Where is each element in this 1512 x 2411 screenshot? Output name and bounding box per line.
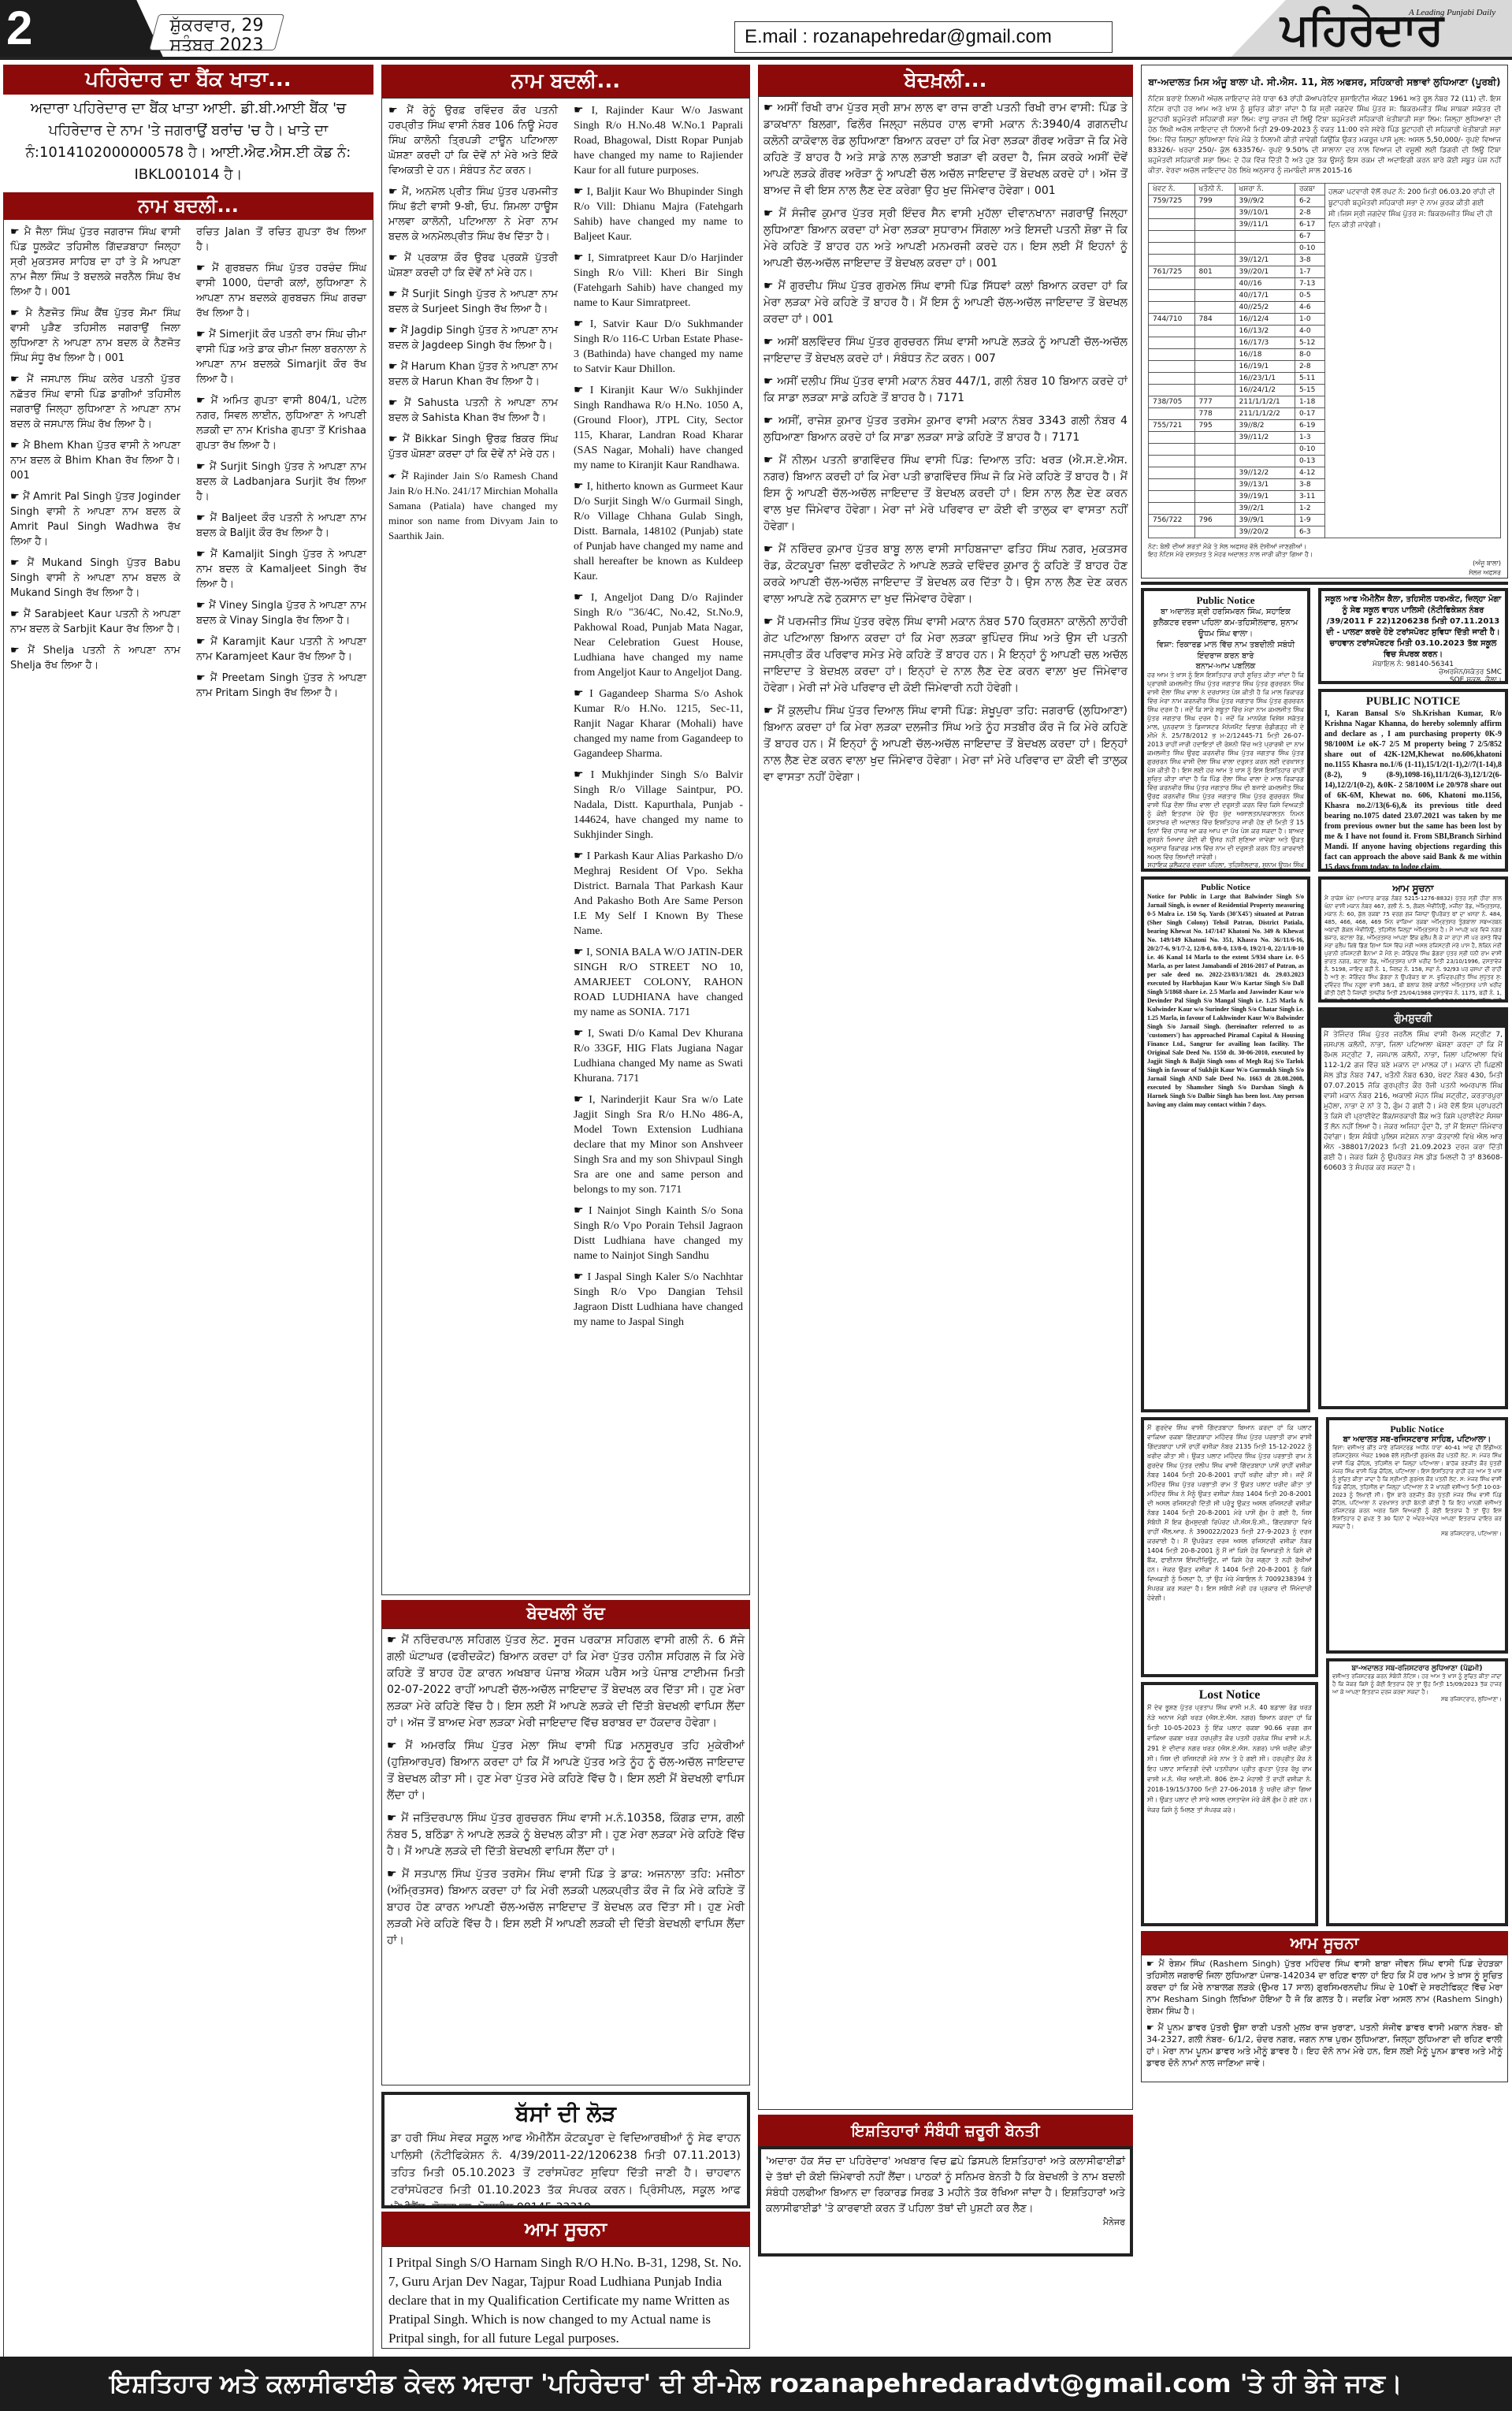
table-row: 759/72579939//9/26-2: [1149, 195, 1325, 207]
table-cell: [1149, 491, 1195, 503]
table-cell: 16//18: [1235, 349, 1295, 361]
contact-email[interactable]: E.mail : rozanapehredar@gmail.com: [734, 21, 1113, 53]
table-cell: 6-19: [1295, 420, 1324, 432]
table-cell: 39//9/1: [1235, 515, 1295, 526]
table-cell: 8-0: [1295, 349, 1324, 361]
table-row: 16//13/24-0: [1149, 326, 1325, 337]
list-item: ਅਸੀਂ ਰਿਖੀ ਰਾਮ ਪੁੱਤਰ ਸ੍ਰੀ ਸ਼ਾਮ ਲਾਲ ਵਾ ਰਾਜ…: [759, 97, 1132, 203]
table-cell: [1194, 456, 1235, 467]
table-cell: 1-3: [1295, 432, 1324, 444]
list-item: ਮੈਂ ਜਸਪਾਲ ਸਿੰਘ ਕਲੇਰ ਪਤਨੀ ਪੁੱਤਰ ਨਛੱਤਰ ਸਿੰ…: [6, 369, 185, 435]
public-notice-karan: PUBLIC NOTICE I, Karan Bansal S/o Sh.Kri…: [1318, 689, 1508, 872]
table-cell: 16//12/4: [1235, 314, 1295, 326]
table-cell: [1194, 361, 1235, 373]
list-item: ਮੈਂ Mukand Singh ਪੁੱਤਰ Babu Singh ਵਾਸੀ ਨ…: [6, 553, 185, 604]
bank-account-body: ਅਦਾਰਾ ਪਹਿਰੇਦਾਰ ਦਾ ਬੈਂਕ ਖਾਤਾ ਆਈ. ਡੀ.ਬੀ.ਆਈ…: [3, 95, 373, 192]
lost-notice-title: Lost Notice: [1147, 1688, 1312, 1702]
table-cell: [1194, 255, 1235, 266]
list-item: ਮੈਂ Rajinder Jain S/o Ramesh Chand Jain …: [384, 465, 563, 546]
land-table-body: 759/72579939//9/26-239//10/12-839//11/16…: [1149, 195, 1325, 538]
table-cell: [1194, 349, 1235, 361]
table-cell: [1194, 444, 1235, 456]
gumshudgi-title: ਗੁੰਮਸ਼ੁਦਗੀ: [1321, 1010, 1505, 1028]
public-notice-body: ਹਰ ਆਮ ਤੇ ਖਾਸ ਨੂੰ ਇਸ ਇਸ਼ਤਿਹਾਰ ਰਾਹੀ ਸੂਚਿਤ …: [1147, 671, 1304, 861]
table-header: ਖਸਰਾ ਨੰ.: [1235, 184, 1295, 195]
table-cell: [1235, 243, 1295, 255]
table-cell: 7-13: [1295, 278, 1324, 290]
table-cell: [1149, 231, 1195, 243]
auction-sign-name: (ਅੰਜੂ ਬਾਲਾ): [1148, 559, 1501, 568]
list-item: ਮੈਂ ਨਰਿੰਦਰਪਾਲ ਸਹਿਗਲ ਪੁੱਤਰ ਲੇਟ. ਸੂਰਜ ਪਰਕਾ…: [382, 1629, 749, 1735]
bus-need-ad: ਬੱਸਾਂ ਦੀ ਲੋੜ ਡਾ ਹਰੀ ਸਿੰਘ ਸੇਵਕ ਸਕੂਲ ਆਫ ਐਮ…: [381, 2092, 750, 2208]
public-notice-piramal: Public Notice Notice for Public in Large…: [1141, 876, 1310, 1412]
table-cell: [1149, 219, 1195, 231]
public-notice-subreg: Public Notice ਬਾ ਅਦਾਲਤ ਸਬ-ਰਜਿਸਟਰਾਰ ਸਾਹਿਬ…: [1326, 1417, 1508, 1654]
list-item: ਮੈਂ ਰੇਨੂੰ ਉਰਫ਼ ਰਵਿੰਦਰ ਕੌਰ ਪਤਨੀ ਹਰਪ੍ਰੀਤ ਸ…: [384, 100, 563, 181]
table-cell: [1149, 444, 1195, 456]
table-cell: 2-8: [1295, 207, 1324, 219]
table-row: 0-10: [1149, 444, 1325, 456]
list-item: ਮੈਂ ਜਤਿੰਦਰਪਾਲ ਸਿੰਘ ਪੁੱਤਰ ਗੁਰਚਰਨ ਸਿੰਘ ਵਾਸ…: [382, 1807, 749, 1863]
public-notice-subject: ਵਿਸ਼ਾ: ਰਿਕਾਰਡ ਮਾਲ ਵਿੱਚ ਨਾਮ ਤਬਦੀਲੀ ਸਬੰਧੀ …: [1147, 640, 1304, 662]
table-cell: [1149, 207, 1195, 219]
table-row: 40//25/24-6: [1149, 302, 1325, 314]
auction-court: ਬਾ-ਅਦਾਲਤ ਮਿਸ ਅੰਜੂ ਬਾਲਾ ਪੀ. ਸੀ.ਐਸ. 11, ਸੇ…: [1148, 76, 1501, 88]
column-left: ਪਹਿਰੇਦਾਰ ਦਾ ਬੈਂਕ ਖਾਤਾ... ਅਦਾਰਾ ਪਹਿਰੇਦਾਰ …: [3, 65, 373, 2391]
table-header: ਖਤੌਨੀ ਨੰ.: [1194, 184, 1235, 195]
aam-suchna-bottom-header: ਆਮ ਸੂਚਨਾ: [1141, 1931, 1508, 1955]
public-notice-title: Public Notice: [1147, 594, 1304, 607]
list-item: ਮੈਂ Sarabjeet Kaur ਪਤਨੀ ਨੇ ਆਪਣਾ ਨਾਮ ਬਦਲ …: [6, 604, 185, 640]
list-item: ਮੈਂ ਰੇਸ਼ਮ ਸਿੰਘ (Rashem Singh) ਪੁੱਤਰ ਮਹਿੰ…: [1142, 1955, 1507, 2019]
table-cell: 778: [1194, 408, 1235, 420]
table-cell: 756/722: [1149, 515, 1195, 526]
ad-request-sign: ਮੈਨੇਜਰ: [766, 2217, 1125, 2228]
table-row: 16//188-0: [1149, 349, 1325, 361]
right-ads-col-3: ਮੈਂ ਗੁਰਦੇਵ ਸਿੰਘ ਵਾਸੀ ਗਿੱਦੜਬਾਹਾ ਬਿਆਨ ਕਰਦਾ…: [1141, 1417, 1318, 1926]
table-row: 39//11/21-3: [1149, 432, 1325, 444]
school-transport-body: ਸਕੂਲ ਆਫ ਐਮੀਨੈਂਸ ਕੈਲਾ, ਤਹਿਸੀਲ ਧਰਮਕੋਟ, ਜ਼ਿ…: [1324, 594, 1502, 660]
table-cell: [1235, 444, 1295, 456]
page-number: 2: [0, 0, 118, 57]
lost-notice: Lost Notice ਮੈਂ ਦੇਵ ਭੂਸ਼ਣ ਪੁੱਤਰ ਪ੍ਰਤਾਪ ਸ…: [1141, 1682, 1318, 1926]
table-cell: 0-13: [1295, 456, 1324, 467]
right-ads-col-4: Public Notice ਬਾ ਅਦਾਲਤ ਸਬ-ਰਜਿਸਟਰਾਰ ਸਾਹਿਬ…: [1326, 1417, 1508, 1926]
public-notice-sign: ਸਹਾਇਕ ਕੁਲੈਕਟਰ ਦਰਜਾ ਪਹਿਲਾ, ਤਹਿਸੀਲਦਾਰ, ਸੁਨ…: [1147, 861, 1304, 872]
public-notice-tehsildar: Public Notice ਬਾ ਅਦਾਲਤ ਸ਼੍ਰੀ ਹਰਸਿਮਰਨ ਸਿੰ…: [1141, 588, 1310, 872]
table-cell: 3-8: [1295, 479, 1324, 491]
table-cell: 6-3: [1295, 526, 1324, 538]
table-cell: 39//9/2: [1235, 195, 1295, 207]
name-change-mid-col-b: I, Rajinder Kaur W/o Jaswant Singh R/o H…: [569, 100, 748, 1593]
auction-note-2: ਇਹ ਨੋਟਿਸ ਮੇਰੇ ਦਸਤਖਤ ਤੇ ਮੋਹਰ ਅਦਾਲਤ ਨਾਲ ਜਾ…: [1148, 551, 1501, 559]
table-cell: [1235, 456, 1295, 467]
right-ads-row-3: ਮੈਂ ਗੁਰਦੇਵ ਸਿੰਘ ਵਾਸੀ ਗਿੱਦੜਬਾਹਾ ਬਿਆਨ ਕਰਦਾ…: [1141, 1417, 1508, 1926]
table-cell: 39//19/1: [1235, 491, 1295, 503]
land-table: ਖੇਵਟ ਨੰ. ਖਤੌਨੀ ਨੰ. ਖਸਰਾ ਨੰ. ਰਕਬਾ 759/725…: [1148, 183, 1325, 538]
school-transport-mobile: ਮੋਬਾਇਲ ਨੰ: 98140-56341: [1324, 660, 1502, 668]
table-cell: 1-7: [1295, 266, 1324, 278]
table-row: 761/72580139//20/11-7: [1149, 266, 1325, 278]
table-cell: [1194, 337, 1235, 349]
table-cell: 6-7: [1295, 231, 1324, 243]
table-cell: [1149, 456, 1195, 467]
table-row: 39//19/13-11: [1149, 491, 1325, 503]
right-ads-col-2: ਆਮ ਸੂਚਨਾ ਮੈਂ ਰਾਕੇਸ਼ ਖੰਨਾ (ਆਧਾਰ ਕਾਰਡ ਨੰਬਰ…: [1318, 876, 1508, 1412]
name-change-list: ਮੈ ਜੈਲਾ ਸਿੰਘ ਪੁੱਤਰ ਜਗਰਾਜ ਸਿੰਘ ਵਾਸੀ ਪਿੰਡ …: [3, 219, 373, 2391]
list-item: ਮੈਂ ਅਮਿਤ ਗੁਪਤਾ ਵਾਸੀ 804/1, ਪਟੇਲ ਨਗਰ, ਸਿਵ…: [191, 390, 371, 456]
right-ads-row-1: Public Notice ਬਾ ਅਦਾਲਤ ਸ਼੍ਰੀ ਹਰਸਿਮਰਨ ਸਿੰ…: [1141, 588, 1508, 872]
list-item: ਮੈਂ ਨੀਲਮ ਪਤਨੀ ਭਾਗਵਿੰਦਰ ਸਿੰਘ ਵਾਸੀ ਪਿੰਡ: ਦ…: [759, 449, 1132, 538]
table-cell: 3-11: [1295, 491, 1324, 503]
public-notice-piramal-title: Public Notice: [1147, 883, 1304, 892]
aam-suchna-mid-body: I Pritpal Singh S/O Harnam Singh R/O H.N…: [381, 2246, 750, 2349]
table-row: 16//17/35-12: [1149, 337, 1325, 349]
right-ads-row-2: Public Notice Notice for Public in Large…: [1141, 876, 1508, 1412]
table-cell: 784: [1194, 314, 1235, 326]
list-item: I, hitherto known as Gurmeet Kaur D/o Su…: [569, 476, 748, 587]
table-cell: 39//20/1: [1235, 266, 1295, 278]
name-change-mid-header: ਨਾਮ ਬਦਲੀ...: [381, 65, 750, 98]
table-cell: [1149, 408, 1195, 420]
bus-need-title: ਬੱਸਾਂ ਦੀ ਲੋੜ: [391, 2098, 741, 2130]
list-item: ਮੈਂ ਗੁਰਬਚਨ ਸਿੰਘ ਪੁੱਤਰ ਹਰਚੰਦ ਸਿੰਘ ਵਾਸੀ 10…: [191, 258, 371, 324]
issue-date: ਸ਼ੁੱਕਰਵਾਰ, 29 ਸਤੰਬਰ 2023: [154, 16, 280, 55]
table-cell: 39//20/2: [1235, 526, 1295, 538]
table-cell: 0-17: [1295, 408, 1324, 420]
list-item: ਮੈਂ Sahusta ਪਤਨੀ ਨੇ ਆਪਣਾ ਨਾਮ ਬਦਲ ਕੇ Sahi…: [384, 393, 563, 429]
table-cell: [1149, 255, 1195, 266]
table-cell: [1149, 467, 1195, 479]
school-transport-ad: ਸਕੂਲ ਆਫ ਐਮੀਨੈਂਸ ਕੈਲਾ, ਤਹਿਸੀਲ ਧਰਮਕੋਟ, ਜ਼ਿ…: [1318, 588, 1508, 684]
table-cell: 6-2: [1295, 195, 1324, 207]
table-cell: 6-17: [1295, 219, 1324, 231]
auction-side-note: ਹਲਕਾ ਪਟਵਾਰੀ ਵੱਲੋਂ ਰਪਟ ਨੰ: 200 ਮਿਤੀ 06.03…: [1325, 183, 1501, 538]
gumshudgi-ad: ਗੁੰਮਸ਼ੁਦਗੀ ਮੈਂ ਤੇਜਿੰਦਰ ਸਿੰਘ ਪੁੱਤਰ ਜਰਨੈਲ …: [1318, 1007, 1508, 1409]
list-item: ਮੈ Bhem Khan ਪੁੱਤਰ ਵਾਸੀ ਨੇ ਆਪਣਾ ਨਾਮ ਬਦਲ …: [6, 435, 185, 486]
table-row: 756/72279639//9/11-9: [1149, 515, 1325, 526]
footer-banner: ਇਸ਼ਤਿਹਾਰ ਅਤੇ ਕਲਾਸੀਫਾਈਡ ਕੇਵਲ ਅਦਾਰਾ 'ਪਹਿਰੇ…: [0, 2357, 1512, 2411]
table-row: 0-13: [1149, 456, 1325, 467]
ad-request-body: 'ਅਦਾਰਾ ਹੱਕ ਸੱਚ ਦਾ ਪਹਿਰੇਦਾਰ' ਅਖਬਾਰ ਵਿਚ ਛਪ…: [766, 2154, 1125, 2217]
table-cell: [1194, 278, 1235, 290]
table-cell: 2-8: [1295, 361, 1324, 373]
school-transport-sign-1: ਚੇਅਰਮੈਨ/ਸਕੱਤਰ SMC: [1324, 668, 1502, 676]
aam-suchna-right-body: ਮੈਂ ਰਾਕੇਸ਼ ਖੰਨਾ (ਆਧਾਰ ਕਾਰਡ ਨੰਬਰ 5215-127…: [1324, 895, 1502, 1003]
list-item: I, Simratpreet Kaur D/o Harjinder Singh …: [569, 247, 748, 314]
list-item: I Nainjot Singh Kainth S/o Sona Singh R/…: [569, 1200, 748, 1267]
lost-gidderbaha-body: ਮੈਂ ਗੁਰਦੇਵ ਸਿੰਘ ਵਾਸੀ ਗਿੱਦੜਬਾਹਾ ਬਿਆਨ ਕਰਦਾ…: [1147, 1423, 1312, 1603]
bank-account-header: ਪਹਿਰੇਦਾਰ ਦਾ ਬੈਂਕ ਖਾਤਾ...: [3, 65, 373, 95]
table-cell: 16//17/3: [1235, 337, 1295, 349]
table-cell: [1149, 385, 1195, 396]
gumshudgi-body: ਮੈਂ ਤੇਜਿੰਦਰ ਸਿੰਘ ਪੁੱਤਰ ਜਰਨੈਲ ਸਿੰਘ ਵਾਸੀ ਰ…: [1321, 1028, 1505, 1176]
list-item: I, Rajinder Kaur W/o Jaswant Singh R/o H…: [569, 100, 748, 181]
table-cell: 39//13/1: [1235, 479, 1295, 491]
table-cell: [1194, 219, 1235, 231]
public-notice-karan-title: PUBLIC NOTICE: [1324, 695, 1502, 709]
name-change-col-b: ਰਚਿਤ Jalan ਤੋਂ ਰਚਿਤ ਗੁਪਤਾ ਰੱਖ ਲਿਆ ਹੈ। ਮੈ…: [191, 221, 371, 2388]
table-cell: 796: [1194, 515, 1235, 526]
bedakhli-radd-list: ਮੈਂ ਨਰਿੰਦਰਪਾਲ ਸਹਿਗਲ ਪੁੱਤਰ ਲੇਟ. ਸੂਰਜ ਪਰਕਾ…: [381, 1628, 750, 2085]
list-item: I Jaspal Singh Kaler S/o Nachhtar Singh …: [569, 1267, 748, 1333]
table-cell: 40//25/2: [1235, 302, 1295, 314]
table-cell: [1194, 243, 1235, 255]
table-cell: [1194, 526, 1235, 538]
table-cell: [1149, 278, 1195, 290]
auction-sign-title: ਸੇਲਜ਼ ਅਫਸਰ: [1148, 568, 1501, 578]
table-cell: 4-6: [1295, 302, 1324, 314]
table-cell: 4-0: [1295, 326, 1324, 337]
table-cell: 39//12/1: [1235, 255, 1295, 266]
bedakhli-radd-header: ਬੇਦਖਲੀ ਰੱਦ: [381, 1600, 750, 1628]
table-row: 755/72179539//8/26-19: [1149, 420, 1325, 432]
bus-need-body: ਡਾ ਹਰੀ ਸਿੰਘ ਸੇਵਕ ਸਕੂਲ ਆਫ ਐਮੀਨੈਂਸ ਕੋਟਕਪੂਰ…: [391, 2130, 741, 2208]
list-item: ਮੈਂ ਸੰਜੀਵ ਕੁਮਾਰ ਪੁੱਤਰ ਸ੍ਰੀ ਇੰਦਰ ਸੈਨ ਵਾਸੀ…: [759, 203, 1132, 275]
list-item: ਮੈ ਨੈਣਜੋਤ ਸਿੰਘ ਕੈਂਥ ਪੁੱਤਰ ਸੋਮਾ ਸਿੰਘ ਵਾਸੀ…: [6, 303, 185, 369]
aam-suchna-bottom-list: ਮੈਂ ਰੇਸ਼ਮ ਸਿੰਘ (Rashem Singh) ਪੁੱਤਰ ਮਹਿੰ…: [1141, 1955, 1508, 2082]
table-cell: [1149, 361, 1195, 373]
list-item: ਮੈਂ ਪ੍ਰਕਾਸ਼ ਕੌਰ ਉਰਫ ਪ੍ਰਕਸ਼ੋ ਪੁੱਤਰੀ ਘੋਸ਼ਣ…: [384, 247, 563, 284]
column-middle: ਨਾਮ ਬਦਲੀ... ਮੈਂ ਰੇਨੂੰ ਉਰਫ਼ ਰਵਿੰਦਰ ਕੌਰ ਪਤ…: [381, 65, 750, 2349]
public-notice-vs: ਬਨਾਮ-ਆਮ ਪਬਲਿਕ: [1147, 662, 1304, 671]
list-item: I Parkash Kaur Alias Parkasho D/o Meghra…: [569, 846, 748, 942]
list-item: ਮੈਂ ਕੁਲਦੀਪ ਸਿੰਘ ਪੁੱਤਰ ਦਿਆਲ ਸਿੰਘ ਵਾਸੀ ਪਿੰ…: [759, 700, 1132, 789]
list-item: ਮੈਂ ਸਤਪਾਲ ਸਿੰਘ ਪੁੱਤਰ ਤਰਸੇਮ ਸਿੰਘ ਵਾਸੀ ਪਿੰ…: [382, 1863, 749, 1952]
list-item: ਮੈਂ ਪੂਨਮ ਡਾਵਰ ਪੁੱਤਰੀ ਊਸ਼ਾ ਰਾਣੀ ਪਤਨੀ ਮੁਲਖ…: [1142, 2019, 1507, 2071]
auction-notice: ਬਾ-ਅਦਾਲਤ ਮਿਸ ਅੰਜੂ ਬਾਲਾ ਪੀ. ਸੀ.ਐਸ. 11, ਸੇ…: [1141, 65, 1508, 579]
list-item: ਮੈਂ Baljeet ਕੌਰ ਪਤਨੀ ਨੇ ਆਪਣਾ ਨਾਮ ਬਦਲ ਕੇ …: [191, 508, 371, 544]
public-notice-subreg-body: ਵਿਸ਼ਾ: ਵਸੀਅਤ ਕੀਤ ਜਾਣੇ ਰਜਿਸਟਰਡ ਅਧੀਨ ਧਾਰਾ …: [1332, 1444, 1502, 1531]
name-change-mid-col-a: ਮੈਂ ਰੇਨੂੰ ਉਰਫ਼ ਰਵਿੰਦਰ ਕੌਰ ਪਤਨੀ ਹਰਪ੍ਰੀਤ ਸ…: [384, 100, 563, 1593]
list-item: ਮੈਂ Simerjit ਕੌਰ ਪਤਨੀ ਰਾਮ ਸਿੰਘ ਚੀਮਾ ਵਾਸੀ…: [191, 324, 371, 390]
list-item: ਅਸੀਂ ਦਲੀਪ ਸਿੰਘ ਪੁੱਤਰ ਵਾਸੀ ਮਕਾਨ ਨੰਬਰ 447/…: [759, 370, 1132, 410]
ad-request-box: 'ਅਦਾਰਾ ਹੱਕ ਸੱਚ ਦਾ ਪਹਿਰੇਦਾਰ' ਅਖਬਾਰ ਵਿਚ ਛਪ…: [758, 2146, 1133, 2257]
public-notice-subreg-sign: ਸਬ ਰਜਿਸਟਰਾਰ, ਪਟਿਆਲਾ।: [1332, 1531, 1502, 1538]
table-cell: 39//10/1: [1235, 207, 1295, 219]
auction-note-1: ਨੋਟ: ਬੋਲੀ ਦੀਆਂ ਸ਼ਰਤਾਂ ਮੌਕੇ ਤੇ ਸੇਲ ਅਫਸਰ ਵ…: [1148, 543, 1501, 551]
table-cell: [1194, 491, 1235, 503]
list-item: ਅਸੀਂ, ਰਾਜੇਸ਼ ਕੁਮਾਰ ਪੁੱਤਰ ਤਰਸੇਮ ਕੁਮਾਰ ਵਾਸ…: [759, 410, 1132, 449]
table-cell: 1-2: [1295, 503, 1324, 515]
table-cell: [1194, 231, 1235, 243]
table-cell: [1194, 479, 1235, 491]
public-notice-subreg-title: Public Notice: [1332, 1423, 1502, 1435]
list-item: ਮੈਂ Shelja ਪਤਨੀ ਨੇ ਆਪਣਾ ਨਾਮ Shelja ਰੱਖ ਲ…: [6, 640, 185, 676]
table-row: 16//19/12-8: [1149, 361, 1325, 373]
table-cell: 39//11/2: [1235, 432, 1295, 444]
list-item: ਮੈਂ ਪਰਮਜੀਤ ਸਿੰਘ ਪੁੱਤਰ ਰਵੇਲ ਸਿੰਘ ਵਾਸੀ ਮਕਾ…: [759, 611, 1132, 700]
list-item: ਮੈਂ ਨਰਿੰਦਰ ਕੁਮਾਰ ਪੁੱਤਰ ਬਾਬੂ ਲਾਲ ਵਾਸੀ ਸਾਹ…: [759, 538, 1132, 611]
table-cell: [1194, 385, 1235, 396]
name-change-col-a: ਮੈ ਜੈਲਾ ਸਿੰਘ ਪੁੱਤਰ ਜਗਰਾਜ ਸਿੰਘ ਵਾਸੀ ਪਿੰਡ …: [6, 221, 185, 2388]
table-cell: 744/710: [1149, 314, 1195, 326]
table-cell: 39//11/1: [1235, 219, 1295, 231]
list-item: ਮੈਂ Karamjit Kaur ਪਤਨੀ ਨੇ ਆਪਣਾ ਨਾਮ Karam…: [191, 631, 371, 668]
list-item: I Gagandeep Sharma S/o Ashok Kumar R/o H…: [569, 683, 748, 765]
table-cell: [1149, 243, 1195, 255]
ad-request-header: ਇਸ਼ਤਿਹਾਰਾਂ ਸੰਬੰਧੀ ਜ਼ਰੂਰੀ ਬੇਨਤੀ: [758, 2115, 1133, 2146]
subreg-ludhiana-body: ਵਸੀਅਤ ਰਜਿਸਟਰਡ ਕਰਨ ਸੰਬੰਧੀ ਨੋਟਿਸ। ਹਰ ਆਮ ਤੇ…: [1332, 1672, 1502, 1696]
table-cell: [1149, 432, 1195, 444]
newspaper-tagline: A Leading Punjabi Daily: [1409, 8, 1495, 17]
list-item: I Mukhjinder Singh S/o Balvir Singh R/o …: [569, 765, 748, 846]
table-row: 744/71078416//12/41-0: [1149, 314, 1325, 326]
table-cell: [1149, 326, 1195, 337]
table-row: 16//23/1/15-11: [1149, 373, 1325, 385]
table-cell: 16//24/1/2: [1235, 385, 1295, 396]
subreg-ludhiana-sign: ਸਬ ਰਜਿਸਟਰਾਰ, ਲੁਧਿਆਣਾ।: [1332, 1696, 1502, 1703]
list-item: ਮੈਂ, ਅਨਮੋਲ ਪ੍ਰੀਤ ਸਿੰਘ ਪੁੱਤਰ ਪਰਮਜੀਤ ਸਿੰਘ …: [384, 181, 563, 247]
table-row: 16//24/1/25-15: [1149, 385, 1325, 396]
list-item: I, Swati D/o Kamal Dev Khurana R/o 33GF,…: [569, 1023, 748, 1089]
table-cell: [1149, 503, 1195, 515]
table-cell: 5-11: [1295, 373, 1324, 385]
table-cell: [1194, 326, 1235, 337]
list-item: ਮੈਂ Kamaljit Singh ਪੁੱਤਰ ਨੇ ਆਪਣਾ ਨਾਮ ਬਦਲ…: [191, 544, 371, 595]
table-cell: [1194, 373, 1235, 385]
list-item: ਮੈਂ ਗੁਰਦੀਪ ਸਿੰਘ ਪੁੱਤਰ ਗੁਰਮੇਲ ਸਿੰਘ ਵਾਸੀ ਪ…: [759, 275, 1132, 331]
table-cell: 761/725: [1149, 266, 1195, 278]
public-notice-subreg-court: ਬਾ ਅਦਾਲਤ ਸਬ-ਰਜਿਸਟਰਾਰ ਸਾਹਿਬ, ਪਟਿਆਲਾ।: [1332, 1435, 1502, 1444]
list-item: I Kiranjit Kaur W/o Sukhjinder Singh Ran…: [569, 380, 748, 476]
table-cell: [1194, 302, 1235, 314]
table-cell: 3-8: [1295, 255, 1324, 266]
public-notice-karan-body: I, Karan Bansal S/o Sh.Krishan Kumar, R/…: [1324, 709, 1502, 872]
aam-suchna-right-title: ਆਮ ਸੂਚਨਾ: [1324, 883, 1502, 895]
table-cell: [1194, 503, 1235, 515]
table-cell: 755/721: [1149, 420, 1195, 432]
table-cell: 1-9: [1295, 515, 1324, 526]
table-row: 39//12/24-12: [1149, 467, 1325, 479]
table-cell: 1-18: [1295, 396, 1324, 408]
table-cell: 40//16: [1235, 278, 1295, 290]
section-rule: [1141, 582, 1508, 585]
table-cell: 801: [1194, 266, 1235, 278]
table-row: 39//10/12-8: [1149, 207, 1325, 219]
list-item: I, Angeljot Dang D/o Rajinder Singh R/o …: [569, 587, 748, 683]
table-cell: 0-10: [1295, 444, 1324, 456]
table-cell: 40//17/1: [1235, 290, 1295, 302]
column-right: ਬਾ-ਅਦਾਲਤ ਮਿਸ ਅੰਜੂ ਬਾਲਾ ਪੀ. ਸੀ.ਐਸ. 11, ਸੇ…: [1141, 65, 1508, 2082]
table-row: 40//167-13: [1149, 278, 1325, 290]
table-cell: [1194, 432, 1235, 444]
table-cell: 4-12: [1295, 467, 1324, 479]
list-item: ਮੈਂ Preetam Singh ਪੁੱਤਰ ਨੇ ਆਪਣਾ ਨਾਮ Prit…: [191, 668, 371, 704]
name-change-header: ਨਾਮ ਬਦਲੀ...: [3, 192, 373, 219]
table-cell: 0-5: [1295, 290, 1324, 302]
list-item: ਅਸੀਂ ਬਲਵਿੰਦਰ ਸਿੰਘ ਪੁੱਤਰ ਗੁਰਚਰਨ ਸਿੰਘ ਵਾਸੀ…: [759, 331, 1132, 370]
table-header: ਰਕਬਾ: [1295, 184, 1324, 195]
table-cell: [1194, 467, 1235, 479]
table-row: 39//12/13-8: [1149, 255, 1325, 266]
table-row: 39//11/16-17: [1149, 219, 1325, 231]
subreg-ludhiana: ਬਾ-ਅਦਾਲਤ ਸਬ-ਰਜਿਸਟਰਾਰ ਲੁਧਿਆਣਾ (ਪੱਛਮੀ) ਵਸੀ…: [1326, 1658, 1508, 1926]
table-cell: 5-12: [1295, 337, 1324, 349]
public-notice-piramal-body: Notice for Public in Large that Balwinde…: [1147, 892, 1304, 1109]
table-cell: [1149, 526, 1195, 538]
public-notice-court: ਬਾ ਅਦਾਲਤ ਸ਼੍ਰੀ ਹਰਸਿਮਰਨ ਸਿੰਘ, ਸਹਾਇਕ ਕੁਲੈਕ…: [1147, 607, 1304, 640]
list-item: ਮੈਂ Harum Khan ਪੁੱਤਰ ਨੇ ਆਪਣਾ ਨਾਮ ਬਦਲ ਕੇ …: [384, 356, 563, 393]
table-cell: [1235, 231, 1295, 243]
table-cell: 16//19/1: [1235, 361, 1295, 373]
auction-signature: (ਅੰਜੂ ਬਾਲਾ) ਸੇਲਜ਼ ਅਫਸਰ ਸਹਾਇਕ ਰਜਿਸਟਰਾਰ, ਸ…: [1148, 559, 1501, 579]
list-item: I, SONIA BALA W/O JATIN-DER SINGH R/O ST…: [569, 942, 748, 1023]
table-cell: 5-15: [1295, 385, 1324, 396]
table-cell: [1149, 349, 1195, 361]
subreg-ludhiana-title: ਬਾ-ਅਦਾਲਤ ਸਬ-ਰਜਿਸਟਰਾਰ ਲੁਧਿਆਣਾ (ਪੱਛਮੀ): [1332, 1665, 1502, 1672]
list-item: ਮੈ ਜੈਲਾ ਸਿੰਘ ਪੁੱਤਰ ਜਗਰਾਜ ਸਿੰਘ ਵਾਸੀ ਪਿੰਡ …: [6, 221, 185, 303]
right-ads-col: ਸਕੂਲ ਆਫ ਐਮੀਨੈਂਸ ਕੈਲਾ, ਤਹਿਸੀਲ ਧਰਮਕੋਟ, ਜ਼ਿ…: [1318, 588, 1508, 872]
table-cell: [1149, 373, 1195, 385]
list-item: I, Narinderjit Kaur Sra w/o Late Jagjit …: [569, 1089, 748, 1200]
bedakhli-list: ਅਸੀਂ ਰਿਖੀ ਰਾਮ ਪੁੱਤਰ ਸ੍ਰੀ ਸ਼ਾਮ ਲਾਲ ਵਾ ਰਾਜ…: [758, 96, 1133, 2110]
table-cell: [1194, 207, 1235, 219]
list-item: ਰਚਿਤ Jalan ਤੋਂ ਰਚਿਤ ਗੁਪਤਾ ਰੱਖ ਲਿਆ ਹੈ।: [191, 221, 371, 258]
table-cell: 39//12/2: [1235, 467, 1295, 479]
table-cell: 39//8/2: [1235, 420, 1295, 432]
table-cell: [1149, 290, 1195, 302]
table-row: 39//13/13-8: [1149, 479, 1325, 491]
aam-suchna-mid-header: ਆਮ ਸੂਚਨਾ: [381, 2212, 750, 2246]
table-cell: [1149, 337, 1195, 349]
auction-table-wrap: ਖੇਵਟ ਨੰ. ਖਤੌਨੀ ਨੰ. ਖਸਰਾ ਨੰ. ਰਕਬਾ 759/725…: [1148, 183, 1501, 538]
table-cell: [1149, 479, 1195, 491]
masthead-rule: [0, 57, 1512, 60]
table-cell: [1194, 290, 1235, 302]
list-item: ਮੈਂ Amrit Pal Singh ਪੁੱਤਰ Joginder Singh…: [6, 486, 185, 553]
auction-body: ਨੋਟਿਸ ਬਰਾਏ ਨਿਲਾਮੀ ਅੱਚਲ ਜਾਇਦਾਦ ਜੇਰੇ ਧਾਰਾ …: [1148, 95, 1501, 177]
table-cell: 759/725: [1149, 195, 1195, 207]
lost-gidderbaha: ਮੈਂ ਗੁਰਦੇਵ ਸਿੰਘ ਵਾਸੀ ਗਿੱਦੜਬਾਹਾ ਬਿਆਨ ਕਰਦਾ…: [1141, 1417, 1318, 1677]
list-item: ਮੈਂ Jagdip Singh ਪੁੱਤਰ ਨੇ ਆਪਣਾ ਨਾਮ ਬਦਲ ਕ…: [384, 320, 563, 356]
table-cell: 211/1/1/2/1: [1235, 396, 1295, 408]
table-cell: 795: [1194, 420, 1235, 432]
bedakhli-header: ਬੇਦਖ਼ਲੀ...: [758, 65, 1133, 96]
table-row: 778211/1/1/2/20-17: [1149, 408, 1325, 420]
table-cell: [1149, 302, 1195, 314]
list-item: ਮੈਂ Surjit Singh ਪੁੱਤਰ ਨੇ ਆਪਣਾ ਨਾਮ ਬਦਲ ਕ…: [384, 284, 563, 320]
table-cell: 16//13/2: [1235, 326, 1295, 337]
list-item: I, Satvir Kaur D/o Sukhmander Singh R/o …: [569, 314, 748, 380]
lost-notice-body: ਮੈਂ ਦੇਵ ਭੂਸ਼ਣ ਪੁੱਤਰ ਪ੍ਰਤਾਪ ਸਿੰਘ ਵਾਸੀ ਮ.ਨ…: [1147, 1702, 1312, 1815]
table-row: 0-10: [1149, 243, 1325, 255]
table-cell: 777: [1194, 396, 1235, 408]
list-item: ਮੈਂ ਅਮਰਕਿ ਸਿੰਘ ਪੁੱਤਰ ਮੇਲਾ ਸਿੰਘ ਵਾਸੀ ਪਿੰਡ…: [382, 1735, 749, 1807]
table-cell: 738/705: [1149, 396, 1195, 408]
list-item: I, Baljit Kaur Wo Bhupinder Singh R/o Vi…: [569, 181, 748, 247]
name-change-mid-list: ਮੈਂ ਰੇਨੂੰ ਉਰਫ਼ ਰਵਿੰਦਰ ਕੌਰ ਪਤਨੀ ਹਰਪ੍ਰੀਤ ਸ…: [381, 98, 750, 1595]
list-item: ਮੈਂ Surjit Singh ਪੁੱਤਰ ਨੇ ਆਪਣਾ ਨਾਮ ਬਦਲ ਕ…: [191, 456, 371, 508]
column-bedakhli: ਬੇਦਖ਼ਲੀ... ਅਸੀਂ ਰਿਖੀ ਰਾਮ ਪੁੱਤਰ ਸ੍ਰੀ ਸ਼ਾਮ…: [758, 65, 1133, 2257]
table-row: 39//20/26-3: [1149, 526, 1325, 538]
table-cell: 1-0: [1295, 314, 1324, 326]
table-cell: 211/1/1/2/2: [1235, 408, 1295, 420]
table-cell: 16//23/1/1: [1235, 373, 1295, 385]
list-item: ਮੈਂ Bikkar Singh ਉਰਫ਼ ਬਿਕਰ ਸਿੰਘ ਪੁੱਤਰ ਘੋ…: [384, 429, 563, 465]
table-header: ਖੇਵਟ ਨੰ.: [1149, 184, 1195, 195]
table-row: 39//2/11-2: [1149, 503, 1325, 515]
table-row: 738/705777211/1/1/2/11-18: [1149, 396, 1325, 408]
aam-suchna-right: ਆਮ ਸੂਚਨਾ ਮੈਂ ਰਾਕੇਸ਼ ਖੰਨਾ (ਆਧਾਰ ਕਾਰਡ ਨੰਬਰ…: [1318, 876, 1508, 1003]
school-transport-sign-2: SOE ਸਕੂਲ, ਕੈਲਾ।: [1324, 676, 1502, 684]
auction-sign-office: ਸਹਾਇਕ ਰਜਿਸਟਰਾਰ, ਸਹਿਕਾਰੀ ਸਭਾਵਾਂ, ਲੁਧਿਆਣਾ …: [1148, 578, 1501, 579]
list-item: ਮੈਂ Viney Singla ਪੁੱਤਰ ਨੇ ਆਪਣਾ ਨਾਮ ਬਦਲ ਕ…: [191, 595, 371, 631]
table-cell: 0-10: [1295, 243, 1324, 255]
table-row: 6-7: [1149, 231, 1325, 243]
table-row: 40//17/10-5: [1149, 290, 1325, 302]
table-cell: 39//2/1: [1235, 503, 1295, 515]
